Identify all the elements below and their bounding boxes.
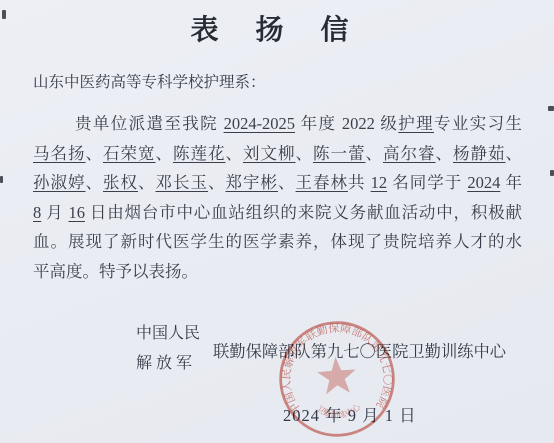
body-line: 孙淑婷、张权、邓长玉、郑宇彬、王春林共 12 名同学于 2024 年 — [33, 168, 522, 198]
scan-artifact — [0, 176, 3, 183]
commendation-letter-page: 表 扬 信 山东中医药高等专科学校护理系： 贵单位派遣至我院 2024-2025… — [0, 0, 554, 443]
scan-artifact — [548, 106, 554, 111]
signature-line-3: 联勤保障部队第九七〇医院卫勤训练中心 — [213, 338, 506, 362]
body-line: 8 月 16 日由烟台市中心血站组织的来院义务献血活动中，积极献 — [33, 198, 522, 228]
body-line: 马名扬、石荣宽、陈莲花、刘文柳、陈一蕾、高尔睿、杨静茹、 — [33, 139, 522, 169]
signature-org-left: 中国人民 解 放 军 — [136, 325, 200, 373]
signature-line-1: 中国人民 — [136, 325, 200, 343]
body-line: 血。展现了新时代医学生的医学素养，体现了贵院培养人才的水 — [33, 227, 522, 257]
scan-artifact — [550, 170, 554, 176]
signature-line-2: 解 放 军 — [136, 355, 200, 373]
date-line: 2024 年 9 月 1 日 — [283, 402, 417, 426]
body-line: 贵单位派遣至我院 2024-2025 年度 2022 级护理专业实习生 — [33, 109, 522, 139]
letter-body: 贵单位派遣至我院 2024-2025 年度 2022 级护理专业实习生 马名扬、… — [33, 109, 522, 287]
letter-title: 表 扬 信 — [0, 8, 554, 48]
body-line: 平高度。特予以表扬。 — [33, 257, 522, 287]
scan-artifact — [2, 10, 6, 19]
salutation: 山东中医药高等专科学校护理系： — [33, 70, 266, 92]
